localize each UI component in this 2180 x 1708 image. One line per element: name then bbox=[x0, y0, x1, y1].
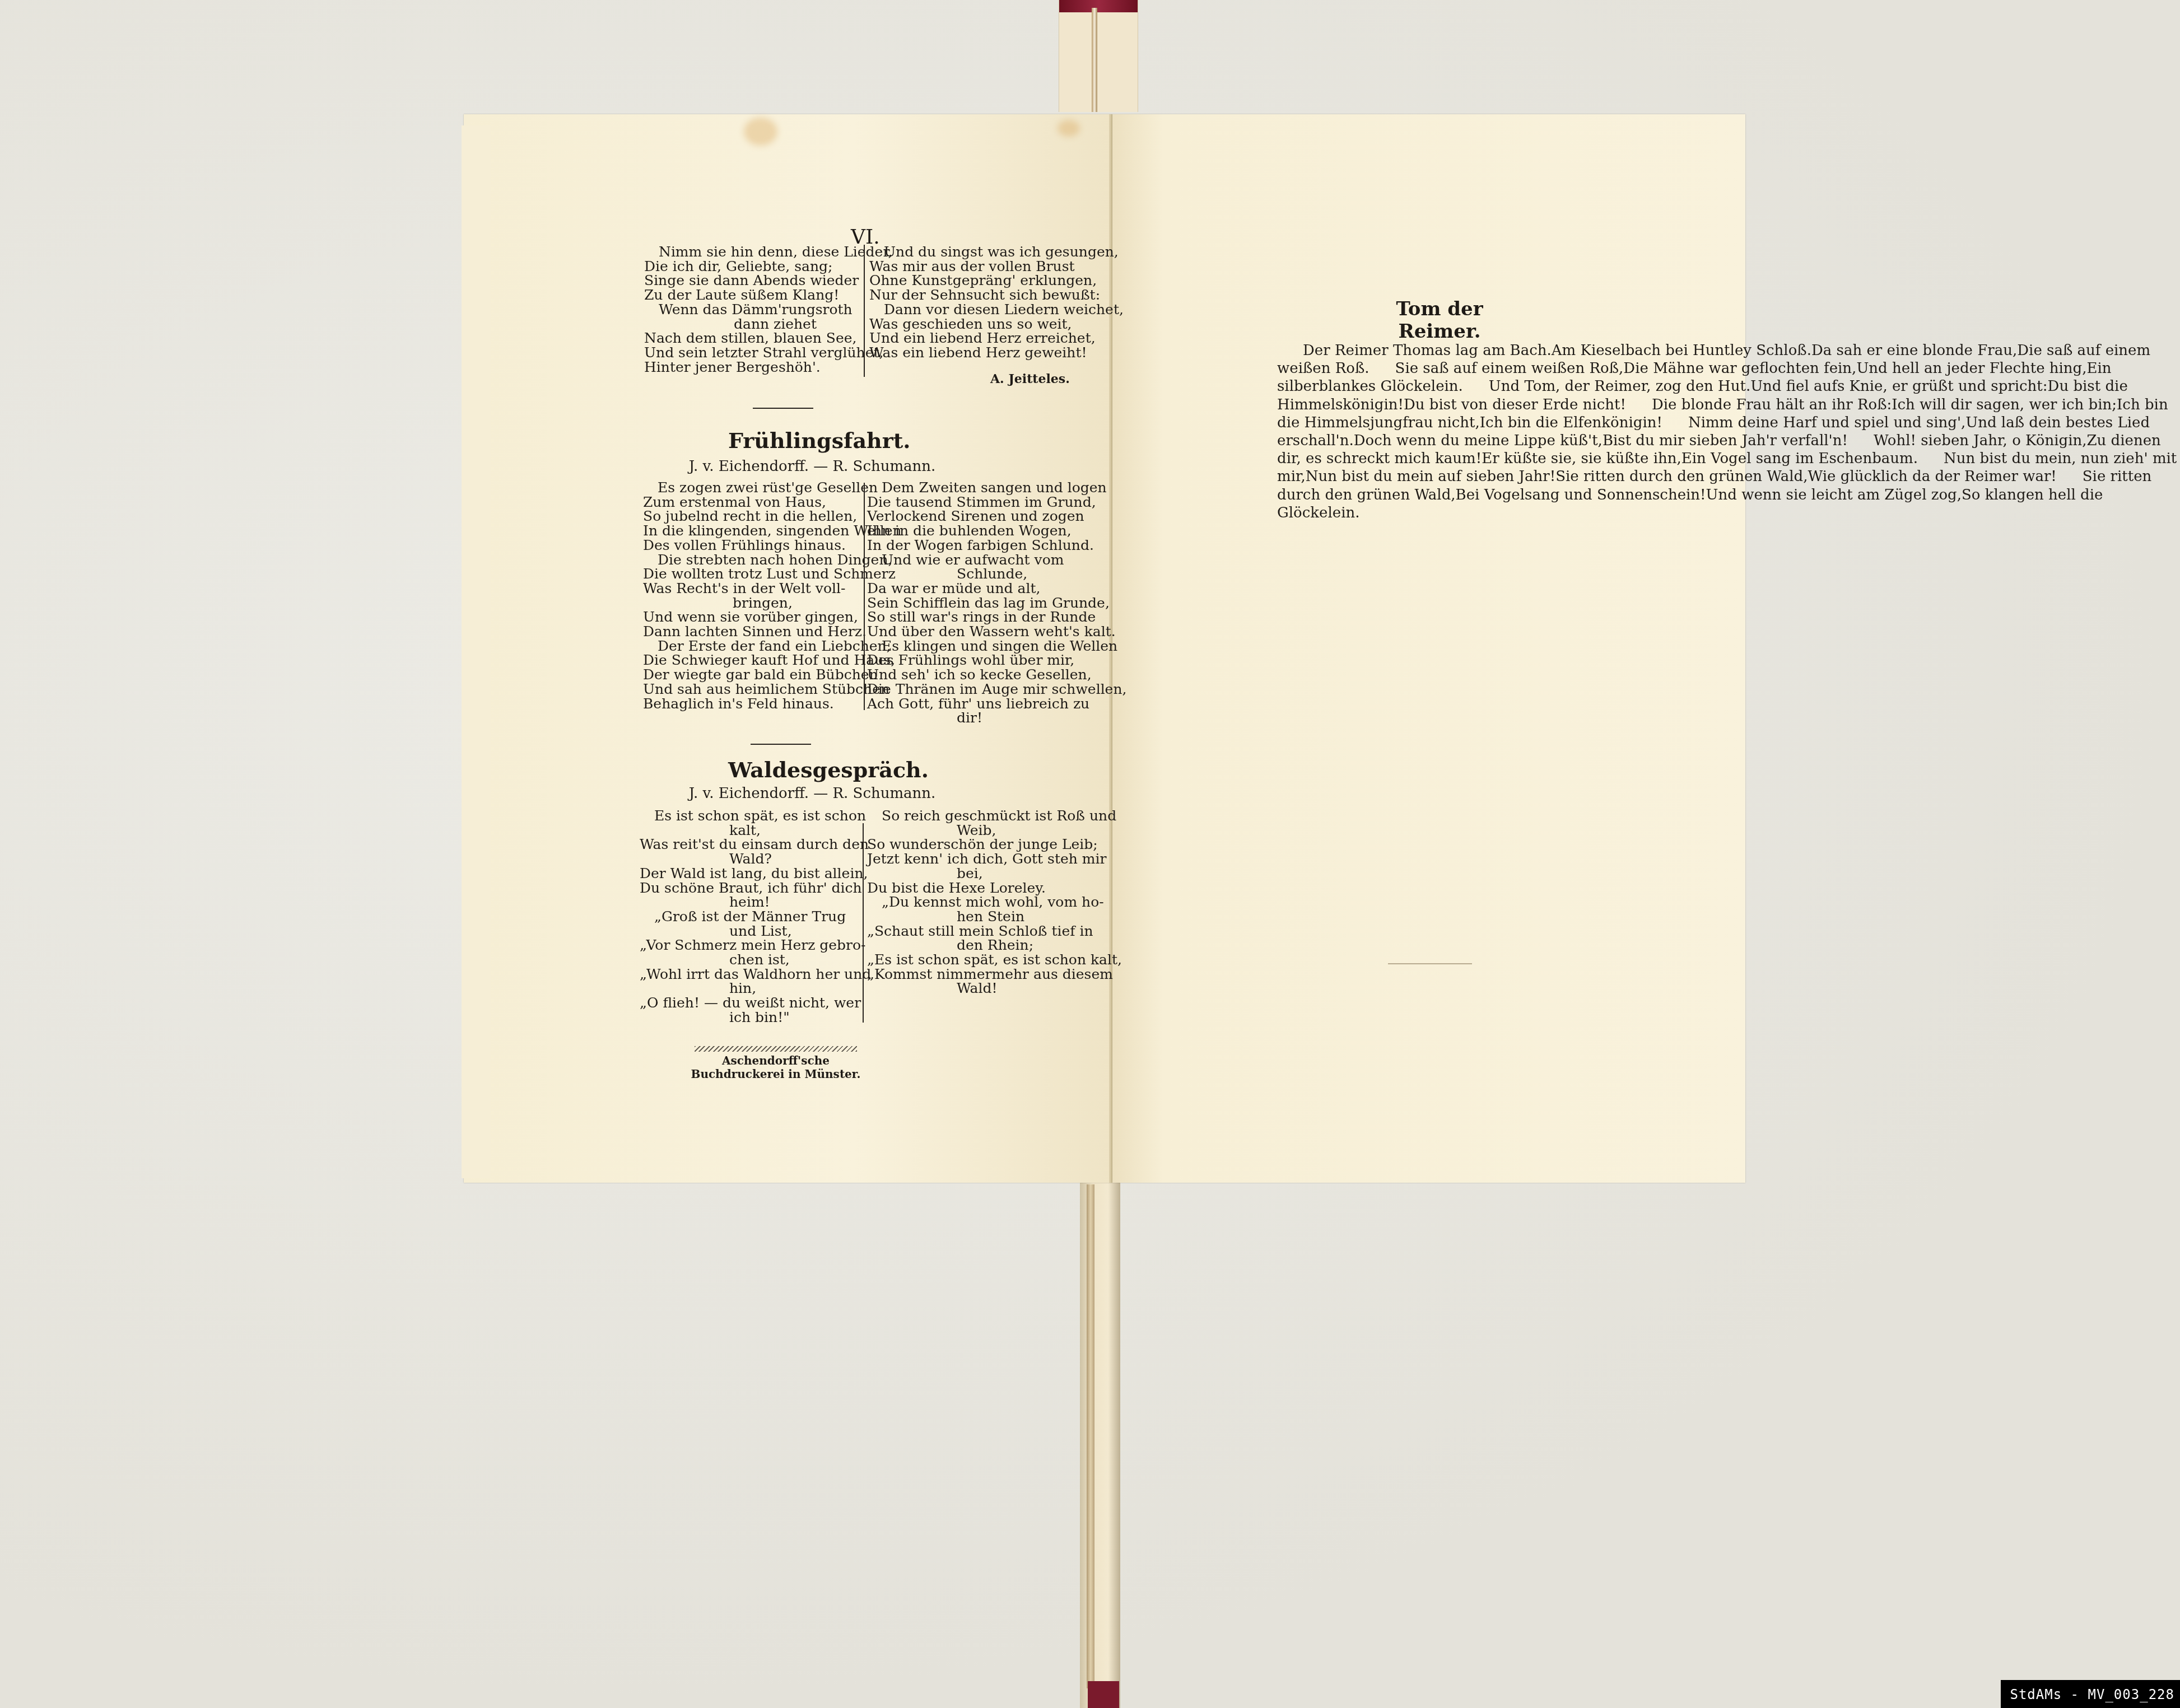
verse-line: und List, bbox=[640, 924, 859, 939]
verse-line: Jetzt kenn' ich dich, Gott steh mir bbox=[867, 852, 1093, 866]
red-binding-strip bbox=[1088, 1681, 1119, 1708]
verse-line: In der Wogen farbigen Schlund. bbox=[867, 538, 1093, 553]
poem-title-fruehlingsfahrt: Frühlingsfahrt. bbox=[728, 428, 896, 453]
verse-line: hen Stein bbox=[867, 909, 1093, 924]
verse-line: Nimm sie hin denn, diese Lieder, bbox=[644, 245, 857, 259]
verse-line: Es zogen zwei rüst'ge Gesellen bbox=[643, 480, 861, 495]
verse-line: Dem Zweiten sangen und logen bbox=[867, 480, 1093, 495]
verse-line: chen ist, bbox=[640, 953, 859, 967]
verse-line: Ein Vogel sang im Eschenbaum. bbox=[1681, 450, 1918, 467]
verse-line: Die Mähne war geflochten fein, bbox=[1623, 360, 1856, 377]
verse-line: Sie saß auf einem weißen Roß, bbox=[1370, 360, 1624, 377]
verse-line: Wenn das Dämm'rungsroth bbox=[644, 302, 857, 317]
poem-title-waldesgespraech: Waldesgespräch. bbox=[728, 757, 896, 782]
verse-line: Dann vor diesen Liedern weichet, bbox=[869, 302, 1093, 317]
verse-line: Sein Schifflein das lag im Grunde, bbox=[867, 596, 1093, 610]
verse-line: „Schaut still mein Schloß tief in bbox=[867, 924, 1093, 939]
verse-line: Und Tom, der Reimer, zog den Hut. bbox=[1463, 378, 1750, 395]
verse-line: Zum erstenmal von Haus, bbox=[643, 495, 861, 510]
verse-line: Bist du mir sieben Jah'r verfall'n! bbox=[1603, 432, 1848, 449]
verse-line: bei, bbox=[867, 866, 1093, 881]
verse-line: Die tausend Stimmen im Grund, bbox=[867, 495, 1093, 510]
verse-line: Ihn in die buhlenden Wogen, bbox=[867, 524, 1093, 538]
verse-line: Der Wald ist lang, du bist allein, bbox=[640, 866, 859, 881]
verse-line: Sie ritten durch den grünen Wald, bbox=[1555, 468, 1808, 485]
verse-line: Die Schwieger kauft Hof und Haus, bbox=[643, 653, 861, 668]
verse-line: „Wohl irrt das Waldhorn her und bbox=[640, 967, 859, 982]
verse-line: So reich geschmückt ist Roß und bbox=[867, 809, 1093, 823]
verse-line: Was Recht's in der Welt voll- bbox=[643, 581, 861, 596]
poem-attribution: A. Jeitteles. bbox=[990, 372, 1070, 386]
verse-line: Und wie er aufwacht vom bbox=[867, 553, 1093, 567]
verse-line: Nur der Sehnsucht sich bewußt: bbox=[869, 288, 1093, 302]
poem-byline: J. v. Eichendorff. — R. Schumann. bbox=[661, 458, 963, 475]
verse-line: Und seh' ich so kecke Gesellen, bbox=[867, 668, 1093, 682]
verse-line: Du bist die Hexe Loreley. bbox=[867, 881, 1093, 895]
verse-line: ich bin!" bbox=[640, 1010, 859, 1025]
verse-line: Hinter jener Bergeshöh'. bbox=[644, 360, 857, 375]
verse-line: Und hell an jeder Flechte hing, bbox=[1856, 360, 2086, 377]
verse-line: Ich will dir sagen, wer ich bin; bbox=[1892, 396, 2117, 413]
verse-line: kalt, bbox=[640, 823, 859, 838]
verse-line: Weib, bbox=[867, 823, 1093, 838]
verse-line: Wie glücklich da der Reimer war! bbox=[1808, 468, 2057, 485]
verse-line: „Es ist schon spät, es ist schon kalt, bbox=[867, 953, 1093, 967]
verse-line: Des vollen Frühlings hinaus. bbox=[643, 538, 861, 553]
archive-label: StdAMs - MV_003_228 bbox=[2001, 1680, 2180, 1708]
verse-line: Was reit'st du einsam durch den bbox=[640, 837, 859, 852]
verse-line: Was mir aus der vollen Brust bbox=[869, 259, 1093, 274]
verse-line: Ich bin die Elfenkönigin! bbox=[1480, 414, 1662, 431]
verse-line: Da sah er eine blonde Frau, bbox=[1811, 342, 2017, 359]
column-divider bbox=[864, 483, 865, 710]
verse-line: Des Frühlings wohl über mir, bbox=[867, 653, 1093, 668]
verse-line: Dann lachten Sinnen und Herz. bbox=[643, 624, 861, 639]
poem-title-tom-der-reimer: Tom der Reimer. bbox=[1355, 298, 1524, 343]
verse-line: den Rhein; bbox=[867, 938, 1093, 953]
verse-line: Die ich dir, Geliebte, sang; bbox=[644, 259, 857, 274]
fruehlingsfahrt-column-2: Dem Zweiten sangen und logenDie tausend … bbox=[867, 480, 1093, 725]
verse-line: Die wollten trotz Lust und Schmerz bbox=[643, 567, 861, 581]
book-spine-top bbox=[1059, 0, 1138, 112]
verse-line: Du bist von dieser Erde nicht! bbox=[1404, 396, 1626, 413]
verse-line: heim! bbox=[640, 895, 859, 909]
verse-line: Und ein liebend Herz erreichet, bbox=[869, 331, 1093, 346]
waldesgespraech-column-2: So reich geschmückt ist Roß undWeib,So w… bbox=[867, 809, 1093, 996]
poem-vi-column-1: Nimm sie hin denn, diese Lieder,Die ich … bbox=[644, 245, 857, 374]
verse-line: So wunderschön der junge Leib; bbox=[867, 837, 1093, 852]
verse-line: Es klingen und singen die Wellen bbox=[867, 639, 1093, 654]
verse-line: Und fiel aufs Knie, er grüßt und spricht… bbox=[1750, 378, 2047, 395]
verse-line: „O flieh! — du weißt nicht, wer bbox=[640, 996, 859, 1010]
verse-line: Was ein liebend Herz geweiht! bbox=[869, 346, 1093, 360]
page-stub bbox=[462, 125, 491, 1178]
column-divider bbox=[863, 823, 864, 1023]
verse-line: Da war er müde und alt, bbox=[867, 581, 1093, 596]
verse-line: Zu der Laute süßem Klang! bbox=[644, 288, 857, 302]
decorative-wavy-rule bbox=[695, 1046, 857, 1052]
verse-line: Und du singst was ich gesungen, bbox=[869, 245, 1093, 259]
verse-line: Und sah aus heimlichem Stübchen bbox=[643, 682, 861, 697]
verse-line: Die Thränen im Auge mir schwellen, bbox=[867, 682, 1093, 697]
end-rule bbox=[1388, 963, 1472, 964]
column-divider bbox=[864, 245, 865, 377]
verse-line: Schlunde, bbox=[867, 567, 1093, 581]
verse-line: Doch wenn du meine Lippe küß't, bbox=[1354, 432, 1603, 449]
right-page bbox=[1112, 114, 1745, 1183]
verse-line: „Vor Schmerz mein Herz gebro- bbox=[640, 938, 859, 953]
foxing-stain bbox=[1058, 120, 1080, 137]
verse-line: Er küßte sie, sie küßte ihn, bbox=[1482, 450, 1681, 467]
verse-line: Und wenn sie leicht am Zügel zog, bbox=[1706, 487, 1962, 503]
foxing-stain bbox=[744, 118, 777, 146]
verse-line: Ach Gott, führ' uns liebreich zu bbox=[867, 697, 1093, 711]
verse-line: Am Kieselbach bei Huntley Schloß. bbox=[1552, 342, 1811, 359]
poem-byline: J. v. Eichendorff. — R. Schumann. bbox=[661, 785, 963, 802]
verse-line: Wald! bbox=[867, 981, 1093, 996]
verse-line: Die blonde Frau hält an ihr Roß: bbox=[1626, 396, 1892, 413]
spine-crease bbox=[1087, 1184, 1094, 1688]
verse-line: Der wiegte gar bald ein Bübchen bbox=[643, 668, 861, 682]
red-binding-strip bbox=[1059, 0, 1138, 12]
verse-line: „Groß ist der Männer Trug bbox=[640, 909, 859, 924]
verse-line: Und sein letzter Strahl verglühet, bbox=[644, 346, 857, 360]
waldesgespraech-column-1: Es ist schon spät, es ist schonkalt,Was … bbox=[640, 809, 859, 1025]
verse-line: Ohne Kunstgepräng' erklungen, bbox=[869, 273, 1093, 288]
verse-line: Nach dem stillen, blauen See, bbox=[644, 331, 857, 346]
section-divider bbox=[751, 744, 811, 745]
printer-imprint: Aschendorff'sche Buchdruckerei in Münste… bbox=[683, 1054, 868, 1081]
book-spine-bottom bbox=[1080, 1179, 1120, 1708]
verse-line: In die klingenden, singenden Wellen bbox=[643, 524, 861, 538]
spine-crease bbox=[1092, 8, 1097, 112]
verse-line: Es ist schon spät, es ist schon bbox=[640, 809, 859, 823]
verse-line: Behaglich in's Feld hinaus. bbox=[643, 697, 861, 711]
verse-line: Und über den Wassern weht's kalt. bbox=[867, 624, 1093, 639]
fruehlingsfahrt-column-1: Es zogen zwei rüst'ge GesellenZum ersten… bbox=[643, 480, 861, 711]
tom-der-reimer-text: Der Reimer Thomas lag am Bach.Am Kieselb… bbox=[1277, 342, 2180, 522]
verse-line: Wald? bbox=[640, 852, 859, 866]
verse-line: Singe sie dann Abends wieder bbox=[644, 273, 857, 288]
verse-line: Wohl! sieben Jahr, o Königin, bbox=[1848, 432, 2087, 449]
verse-line: Nimm deine Harf und spiel und sing', bbox=[1662, 414, 1965, 431]
verse-line: dann ziehet bbox=[644, 317, 857, 332]
verse-line: Und wenn sie vorüber gingen, bbox=[643, 610, 861, 624]
verse-line: „Du kennst mich wohl, vom ho- bbox=[867, 895, 1093, 909]
verse-line: „Kommst nimmermehr aus diesem bbox=[867, 967, 1093, 982]
verse-line: Der Erste der fand ein Liebchen, bbox=[643, 639, 861, 654]
verse-line: Was geschieden uns so weit, bbox=[869, 317, 1093, 332]
verse-line: So still war's rings in der Runde bbox=[867, 610, 1093, 624]
verse-line: Nun bist du mein auf sieben Jahr! bbox=[1306, 468, 1555, 485]
verse-line: hin, bbox=[640, 981, 859, 996]
verse-line: dir! bbox=[867, 711, 1093, 725]
verse-line: So jubelnd recht in die hellen, bbox=[643, 509, 861, 524]
verse-line: bringen, bbox=[643, 596, 861, 610]
section-divider bbox=[753, 408, 813, 409]
poem-vi-column-2: Und du singst was ich gesungen,Was mir a… bbox=[869, 245, 1093, 360]
verse-line: Bei Vogelsang und Sonnenschein! bbox=[1456, 487, 1706, 503]
verse-line: Du schöne Braut, ich führ' dich bbox=[640, 881, 859, 895]
verse-line: Der Reimer Thomas lag am Bach. bbox=[1277, 342, 1552, 359]
verse-line: Die strebten nach hohen Dingen, bbox=[643, 553, 861, 567]
verse-line: Verlockend Sirenen und zogen bbox=[867, 509, 1093, 524]
